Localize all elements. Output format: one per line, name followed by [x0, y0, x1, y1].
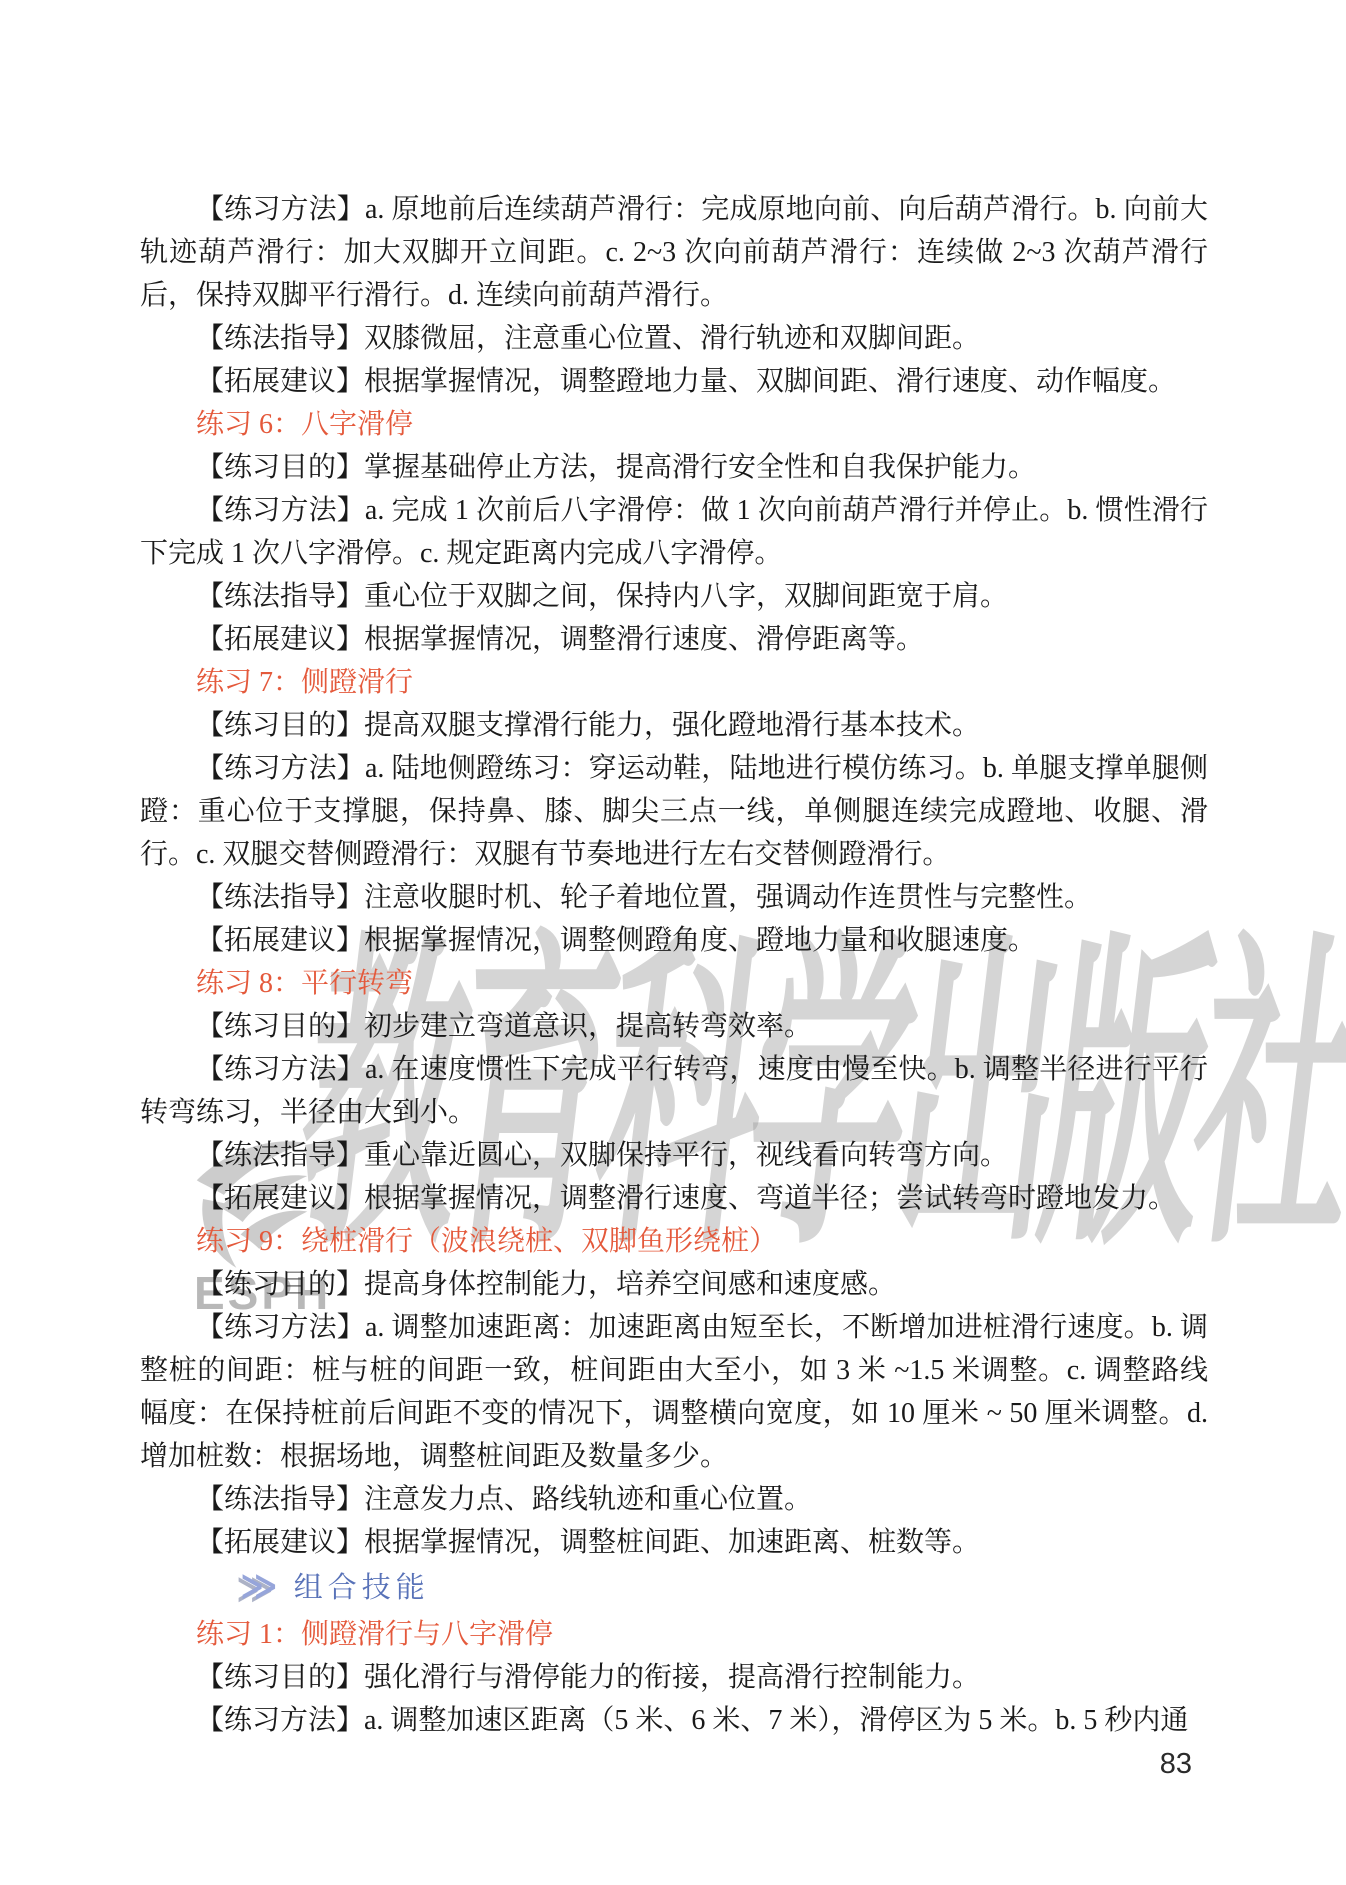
paragraph-practice-purpose: 【练习目的】提高身体控制能力，培养空间感和速度感。	[140, 1263, 1208, 1306]
paragraph-practice-guidance: 【练法指导】重心位于双脚之间，保持内八字，双脚间距宽于肩。	[140, 575, 1208, 618]
paragraph-practice-method: 【练习方法】a. 原地前后连续葫芦滑行：完成原地向前、向后葫芦滑行。b. 向前大…	[140, 188, 1208, 317]
paragraph-practice-guidance: 【练法指导】注意收腿时机、轮子着地位置，强调动作连贯性与完整性。	[140, 876, 1208, 919]
exercise-heading-1: 练习 1：侧蹬滑行与八字滑停	[140, 1613, 1208, 1656]
paragraph-practice-method: 【练习方法】a. 在速度惯性下完成平行转弯，速度由慢至快。b. 调整半径进行平行…	[140, 1048, 1208, 1134]
page-number: 83	[1130, 1748, 1192, 1781]
paragraph-extension-advice: 【拓展建议】根据掌握情况，调整侧蹬角度、蹬地力量和收腿速度。	[140, 919, 1208, 962]
paragraph-practice-guidance: 【练法指导】重心靠近圆心，双脚保持平行，视线看向转弯方向。	[140, 1134, 1208, 1177]
chapter-header-bar: 第二章 教学生学会新兴体育类运动	[0, 94, 1346, 151]
paragraph-extension-advice: 【拓展建议】根据掌握情况，调整蹬地力量、双脚间距、滑行速度、动作幅度。	[140, 360, 1208, 403]
paragraph-extension-advice: 【拓展建议】根据掌握情况，调整滑行速度、弯道半径；尝试转弯时蹬地发力。	[140, 1177, 1208, 1220]
section-combined-skills: ≫ 组合技能	[140, 1567, 1208, 1610]
paragraph-practice-method: 【练习方法】a. 调整加速区距离（5 米、6 米、7 米），滑停区为 5 米。b…	[140, 1699, 1208, 1742]
paragraph-practice-purpose: 【练习目的】强化滑行与滑停能力的衔接，提高滑行控制能力。	[140, 1656, 1208, 1699]
paragraph-practice-purpose: 【练习目的】掌握基础停止方法，提高滑行安全性和自我保护能力。	[140, 446, 1208, 489]
chapter-title: 教学生学会新兴体育类运动	[774, 100, 1170, 145]
exercise-heading-9: 练习 9：绕桩滑行（波浪绕桩、双脚鱼形绕桩）	[140, 1220, 1208, 1263]
double-chevron-icon: ≫	[240, 1569, 278, 1605]
exercise-heading-8: 练习 8：平行转弯	[140, 962, 1208, 1005]
chapter-number: 第二章	[641, 100, 740, 145]
paragraph-practice-method: 【练习方法】a. 调整加速距离：加速距离由短至长，不断增加进桩滑行速度。b. 调…	[140, 1306, 1208, 1478]
exercise-heading-6: 练习 6：八字滑停	[140, 403, 1208, 446]
paragraph-practice-method: 【练习方法】a. 陆地侧蹬练习：穿运动鞋，陆地进行模仿练习。b. 单腿支撑单腿侧…	[140, 747, 1208, 876]
section-title: 组合技能	[294, 1567, 430, 1610]
paragraph-extension-advice: 【拓展建议】根据掌握情况，调整滑行速度、滑停距离等。	[140, 618, 1208, 661]
text-column: 【练习方法】a. 原地前后连续葫芦滑行：完成原地向前、向后葫芦滑行。b. 向前大…	[140, 188, 1208, 1742]
exercise-heading-7: 练习 7：侧蹬滑行	[140, 661, 1208, 704]
paragraph-practice-guidance: 【练法指导】注意发力点、路线轨迹和重心位置。	[140, 1478, 1208, 1521]
paragraph-practice-purpose: 【练习目的】提高双腿支撑滑行能力，强化蹬地滑行基本技术。	[140, 704, 1208, 747]
book-page: 第二章 教学生学会新兴体育类运动 ESPH 教育科学出版社 【练习方法】a. 原…	[0, 0, 1346, 1885]
paragraph-practice-method: 【练习方法】a. 完成 1 次前后八字滑停：做 1 次向前葫芦滑行并停止。b. …	[140, 489, 1208, 575]
paragraph-practice-purpose: 【练习目的】初步建立弯道意识，提高转弯效率。	[140, 1005, 1208, 1048]
chapter-header-text: 第二章 教学生学会新兴体育类运动	[641, 100, 1170, 145]
paragraph-extension-advice: 【拓展建议】根据掌握情况，调整桩间距、加速距离、桩数等。	[140, 1521, 1208, 1564]
paragraph-practice-guidance: 【练法指导】双膝微屈，注意重心位置、滑行轨迹和双脚间距。	[140, 317, 1208, 360]
